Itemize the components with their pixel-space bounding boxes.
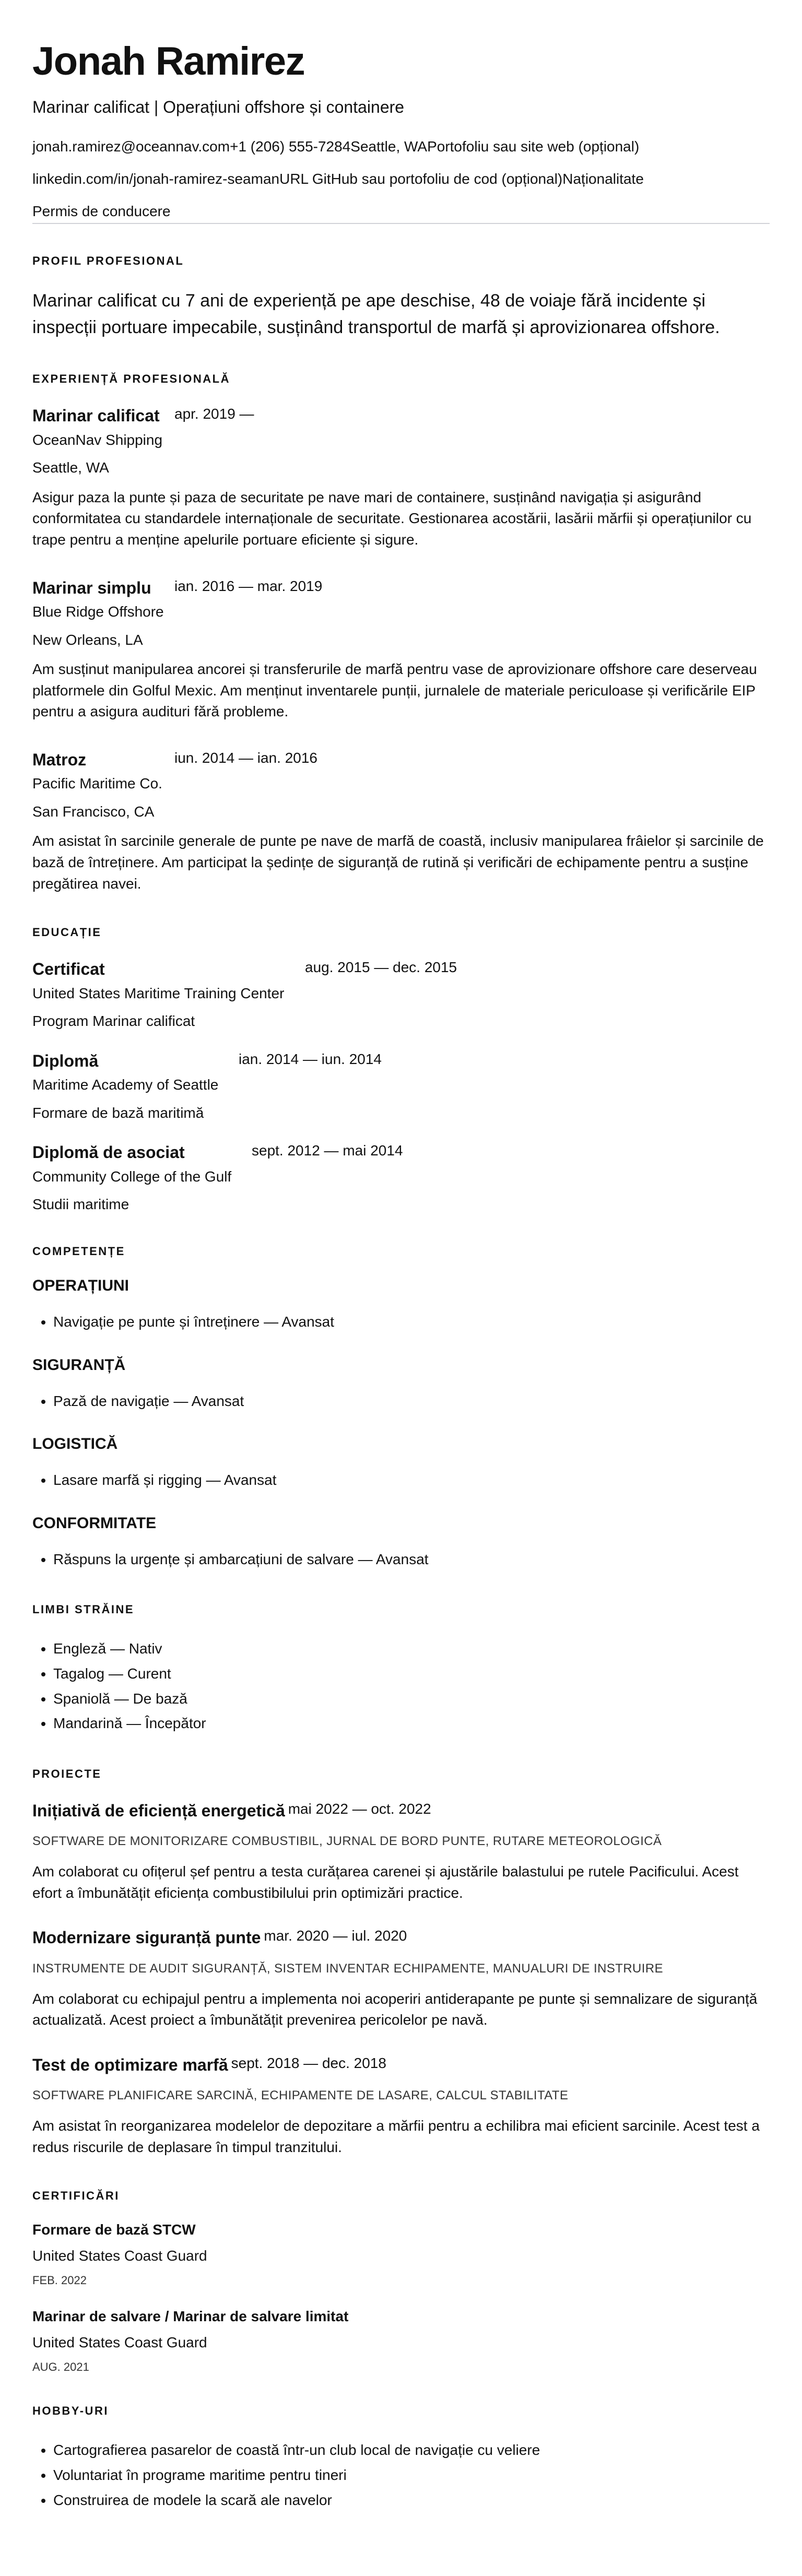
section-title: Competențe	[32, 1246, 770, 1257]
certification-entry: Formare de bază STCW United States Coast…	[32, 2223, 770, 2286]
section-certifications: Certificări Formare de bază STCW United …	[32, 2190, 770, 2373]
skill-group: Siguranță Pază de navigație — Avansat	[32, 1357, 770, 1414]
field-of-study: Formare de bază maritimă	[32, 1104, 770, 1122]
section-title: Certificări	[32, 2190, 770, 2202]
hobby-item: Cartografierea pasarelor de coastă într-…	[53, 2438, 770, 2463]
project-description: Am colaborat cu ofițerul șef pentru a te…	[32, 1861, 770, 1904]
certification-issuer: United States Coast Guard	[32, 2249, 770, 2263]
project-dates: mar. 2020 — iul. 2020	[264, 1929, 407, 1943]
job-title: Marinar simplu	[32, 578, 168, 598]
degree-title: Certificat	[32, 959, 299, 979]
hobby-list: Cartografierea pasarelor de coastă într-…	[32, 2438, 770, 2512]
language-item: Tagalog — Curent	[53, 1661, 770, 1686]
project-entry: Test de optimizare marfă sept. 2018 — de…	[32, 2055, 770, 2158]
skill-item: Răspuns la urgențe și ambarcațiuni de sa…	[53, 1547, 770, 1572]
header-divider	[32, 223, 770, 224]
certification-issuer: United States Coast Guard	[32, 2335, 770, 2350]
resume-page: Jonah Ramirez Marinar calificat | Operaț…	[0, 0, 802, 2576]
candidate-headline: Marinar calificat | Operațiuni offshore …	[32, 97, 770, 117]
section-projects: Proiecte Inițiativă de eficiență energet…	[32, 1768, 770, 2158]
language-list: Engleză — Nativ Tagalog — Curent Spaniol…	[32, 1636, 770, 1735]
field-of-study: Program Marinar calificat	[32, 1012, 770, 1030]
skill-group: Conformitate Răspuns la urgențe și ambar…	[32, 1516, 770, 1572]
language-name: Engleză	[53, 1640, 106, 1657]
project-dates: mai 2022 — oct. 2022	[288, 1802, 431, 1816]
experience-entry: Marinar simplu ian. 2016 — mar. 2019 Blu…	[32, 578, 770, 723]
job-company: OceanNav Shipping	[32, 431, 770, 449]
experience-entry: Marinar calificat apr. 2019 — OceanNav S…	[32, 406, 770, 550]
skill-category: Conformitate	[32, 1516, 770, 1531]
job-location: Seattle, WA	[32, 459, 770, 477]
contact-phone[interactable]: +1 (206) 555-7284	[230, 138, 350, 155]
language-name: Mandarină	[53, 1715, 122, 1731]
section-education: Educație Certificat aug. 2015 — dec. 201…	[32, 927, 770, 1213]
section-title: Proiecte	[32, 1768, 770, 1780]
language-level: — De bază	[110, 1691, 187, 1707]
skill-category: Operațiuni	[32, 1278, 770, 1294]
experience-entry: Matroz iun. 2014 — ian. 2016 Pacific Mar…	[32, 750, 770, 894]
language-item: Spaniolă — De bază	[53, 1686, 770, 1711]
job-dates: ian. 2016 — mar. 2019	[174, 579, 322, 594]
project-entry: Modernizare siguranță punte mar. 2020 — …	[32, 1928, 770, 2031]
contact-github[interactable]: URL GitHub sau portofoliu de cod (opțion…	[279, 171, 562, 187]
education-entry: Diplomă ian. 2014 — iun. 2014 Maritime A…	[32, 1051, 770, 1122]
contact-linkedin[interactable]: linkedin.com/in/jonah-ramirez-seaman	[32, 171, 279, 187]
skill-group: Operațiuni Navigație pe punte și întreți…	[32, 1278, 770, 1334]
job-location: New Orleans, LA	[32, 631, 770, 649]
contact-line-2: linkedin.com/in/jonah-ramirez-seamanURL …	[32, 170, 770, 188]
education-dates: aug. 2015 — dec. 2015	[305, 960, 457, 975]
skill-category: Siguranță	[32, 1357, 770, 1373]
hobby-item: Voluntariat în programe maritime pentru …	[53, 2463, 770, 2488]
language-name: Spaniolă	[53, 1691, 110, 1707]
language-item: Engleză — Nativ	[53, 1636, 770, 1661]
field-of-study: Studii maritime	[32, 1196, 770, 1213]
certification-entry: Marinar de salvare / Marinar de salvare …	[32, 2309, 770, 2373]
language-level: — Curent	[104, 1665, 171, 1682]
section-title: Educație	[32, 927, 770, 938]
job-company: Blue Ridge Offshore	[32, 603, 770, 621]
skill-item: Navigație pe punte și întreținere — Avan…	[53, 1309, 770, 1334]
section-experience: Experiență profesională Marinar califica…	[32, 373, 770, 894]
section-skills: Competențe Operațiuni Navigație pe punte…	[32, 1246, 770, 1571]
section-title: Experiență profesională	[32, 373, 770, 385]
education-entry: Certificat aug. 2015 — dec. 2015 United …	[32, 959, 770, 1030]
language-item: Mandarină — Începător	[53, 1711, 770, 1736]
education-dates: sept. 2012 — mai 2014	[252, 1143, 403, 1158]
job-description: Am susținut manipularea ancorei și trans…	[32, 659, 770, 723]
job-title: Marinar calificat	[32, 406, 168, 426]
job-company: Pacific Maritime Co.	[32, 775, 770, 793]
job-description: Am asistat în sarcinile generale de punt…	[32, 831, 770, 894]
language-name: Tagalog	[53, 1665, 104, 1682]
section-title: Hobby-uri	[32, 2405, 770, 2417]
job-description: Asigur paza la punte și paza de securita…	[32, 487, 770, 551]
project-tech: Instrumente de audit siguranță, Sistem i…	[32, 1963, 770, 1975]
contact-driving-license: Permis de conducere	[32, 203, 770, 220]
project-description: Am colaborat cu echipajul pentru a imple…	[32, 1989, 770, 2031]
resume-header: Jonah Ramirez Marinar calificat | Operaț…	[32, 42, 770, 224]
candidate-name: Jonah Ramirez	[32, 42, 770, 81]
skill-item: Lasare marfă și rigging — Avansat	[53, 1468, 770, 1493]
hobby-item: Construirea de modele la scară ale navel…	[53, 2488, 770, 2513]
project-tech: Software de monitorizare combustibil, Ju…	[32, 1835, 770, 1848]
certification-name: Marinar de salvare / Marinar de salvare …	[32, 2309, 770, 2324]
contact-nationality: Naționalitate	[562, 171, 644, 187]
school-name: Maritime Academy of Seattle	[32, 1076, 770, 1094]
contact-line-1: jonah.ramirez@oceannav.com+1 (206) 555-7…	[32, 138, 770, 156]
project-name: Test de optimizare marfă	[32, 2055, 228, 2075]
certification-date: feb. 2022	[32, 2275, 770, 2286]
project-name: Modernizare siguranță punte	[32, 1928, 261, 1947]
skill-group: Logistică Lasare marfă și rigging — Avan…	[32, 1436, 770, 1493]
section-title: Profil profesional	[32, 255, 770, 267]
section-title: Limbi străine	[32, 1604, 770, 1615]
job-title: Matroz	[32, 750, 168, 770]
project-description: Am asistat în reorganizarea modelelor de…	[32, 2116, 770, 2158]
skill-item: Pază de navigație — Avansat	[53, 1389, 770, 1414]
section-hobbies: Hobby-uri Cartografierea pasarelor de co…	[32, 2405, 770, 2512]
project-tech: Software planificare sarcină, Echipament…	[32, 2089, 770, 2102]
contact-email[interactable]: jonah.ramirez@oceannav.com	[32, 138, 230, 155]
education-entry: Diplomă de asociat sept. 2012 — mai 2014…	[32, 1142, 770, 1213]
project-entry: Inițiativă de eficiență energetică mai 2…	[32, 1801, 770, 1904]
section-profile: Profil profesional Marinar calificat cu …	[32, 255, 770, 341]
degree-title: Diplomă	[32, 1051, 232, 1071]
contact-portfolio[interactable]: Portofoliu sau site web (opțional)	[427, 138, 639, 155]
job-dates: iun. 2014 — ian. 2016	[174, 751, 317, 765]
profile-summary: Marinar calificat cu 7 ani de experiență…	[32, 288, 770, 341]
school-name: United States Maritime Training Center	[32, 985, 770, 1002]
education-dates: ian. 2014 — iun. 2014	[239, 1052, 382, 1067]
degree-title: Diplomă de asociat	[32, 1142, 245, 1162]
skill-category: Logistică	[32, 1436, 770, 1452]
project-name: Inițiativă de eficiență energetică	[32, 1801, 285, 1821]
certification-name: Formare de bază STCW	[32, 2223, 770, 2237]
job-dates: apr. 2019 —	[174, 407, 254, 421]
contact-location: Seattle, WA	[350, 138, 427, 155]
certification-date: aug. 2021	[32, 2361, 770, 2373]
language-level: — Începător	[122, 1715, 206, 1731]
language-level: — Nativ	[106, 1640, 162, 1657]
school-name: Community College of the Gulf	[32, 1168, 770, 1186]
job-location: San Francisco, CA	[32, 803, 770, 821]
project-dates: sept. 2018 — dec. 2018	[231, 2056, 386, 2071]
section-languages: Limbi străine Engleză — Nativ Tagalog — …	[32, 1604, 770, 1735]
